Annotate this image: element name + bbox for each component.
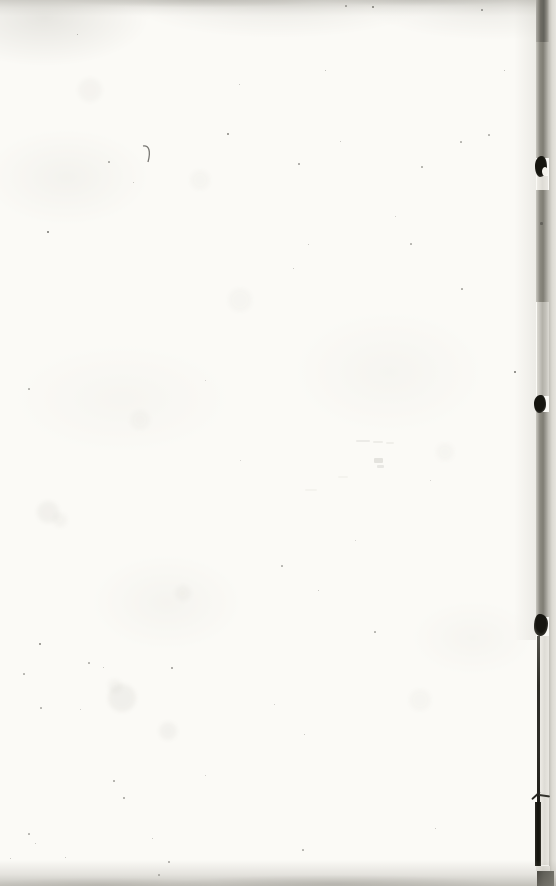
dust-speck <box>374 631 376 633</box>
binding-notch <box>542 167 548 176</box>
binding-gray <box>536 412 549 617</box>
binding-gray-dark <box>536 0 549 42</box>
dust-speck <box>23 673 25 675</box>
dust-speck <box>460 141 462 143</box>
ghost-text-mark <box>373 441 383 443</box>
hook-scratch-mark <box>140 144 154 164</box>
paper-texture <box>0 0 556 886</box>
ghost-text-mark <box>338 476 348 478</box>
binding-blackline <box>535 802 541 866</box>
binding-light <box>537 302 549 396</box>
paper-smudge <box>78 78 102 102</box>
binding-blob <box>534 395 546 413</box>
gutter-shadow <box>514 0 536 640</box>
dust-speck <box>28 388 30 390</box>
binding-gray <box>536 190 549 302</box>
scanned-blank-page <box>0 0 556 886</box>
binding-thinline <box>537 636 540 802</box>
paper-smudge <box>190 170 210 190</box>
dust-speck <box>108 161 110 163</box>
dust-speck <box>461 288 463 290</box>
right-page-edge <box>549 0 556 886</box>
paper-smudge <box>436 443 454 461</box>
paper-smudge <box>130 410 150 430</box>
ghost-text-mark <box>356 440 370 442</box>
binding-gray <box>536 42 549 158</box>
bottom-edge-shadow <box>0 860 556 886</box>
dust-speck <box>540 222 543 225</box>
dust-speck <box>421 166 423 168</box>
dust-speck <box>88 662 90 664</box>
dust-speck <box>410 243 412 245</box>
ghost-text-mark <box>386 442 394 444</box>
paper-smudge <box>53 513 67 527</box>
dust-speck <box>481 9 483 11</box>
dust-speck <box>281 565 283 567</box>
dust-speck <box>40 707 42 709</box>
dust-speck <box>298 163 300 165</box>
paper-smudge <box>228 288 252 312</box>
dust-speck <box>227 133 229 135</box>
dust-speck <box>123 797 125 799</box>
paper-smudge <box>409 689 431 711</box>
paper-smudge <box>159 722 177 740</box>
dust-speck <box>113 780 115 782</box>
ghost-text-mark <box>374 458 383 463</box>
dust-speck <box>488 134 490 136</box>
dust-speck <box>171 667 173 669</box>
dust-speck <box>345 5 347 7</box>
paper-smudge <box>175 585 191 601</box>
binding-pale <box>540 636 549 865</box>
paper-smudge <box>108 679 122 693</box>
top-edge-shadow <box>0 0 556 16</box>
ghost-text-mark <box>377 465 384 468</box>
dust-speck <box>28 833 30 835</box>
ghost-text-mark <box>305 489 317 491</box>
dust-speck <box>302 849 304 851</box>
binding-pale <box>537 176 548 190</box>
